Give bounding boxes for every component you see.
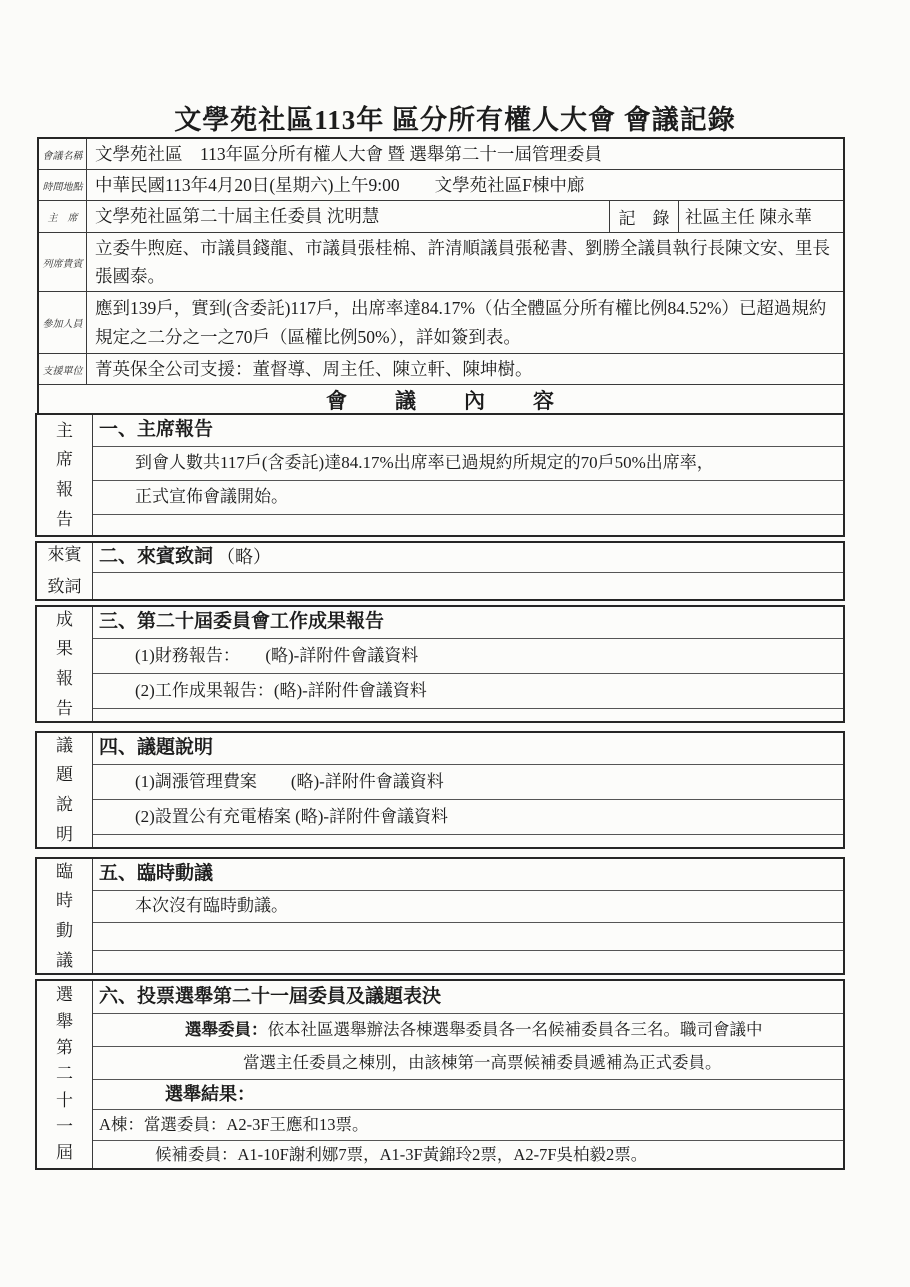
section-line-empty: [93, 515, 843, 535]
section-side-label: 議題說明: [37, 733, 93, 847]
meta-value: 文學苑社區 113年區分所有權人大會 暨 選舉第二十一屆管理委員: [87, 139, 843, 169]
section-agenda-explanation: 議題說明 四、議題說明 (1)調漲管理費案 (略)-詳附件會議資料 (2)設置公…: [35, 731, 845, 849]
recorder-value: 社區主任 陳永華: [679, 201, 843, 232]
meta-value: 菁英保全公司支援：董督導、周主任、陳立軒、陳坤樹。: [87, 354, 843, 384]
recorder-label: 記 錄: [609, 201, 679, 232]
section-election: 選舉第二十一屆 六、投票選舉第二十一屆委員及議題表決 選舉委員： 依本社區選舉辦…: [35, 979, 845, 1170]
line-bold-prefix: 選舉委員：: [185, 1019, 268, 1040]
section-side-label: 成果報告: [37, 607, 93, 721]
section-side-label: 臨時動議: [37, 859, 93, 973]
section-line: 正式宣佈會議開始。: [93, 481, 843, 515]
meta-row-participants: 參加人員 應到139戶，實到(含委託)117戶，出席率達84.17%（佔全體區分…: [39, 292, 843, 354]
section-line: (1)調漲管理費案 (略)-詳附件會議資料: [93, 765, 843, 800]
section-line-empty: [93, 835, 843, 847]
line-text: 依本社區選舉辦法各棟選舉委員各一名候補委員各三名。職司會議中: [268, 1019, 763, 1040]
section-heading: 四、議題說明: [93, 733, 843, 765]
section-extempore-motions: 臨時動議 五、臨時動議 本次沒有臨時動議。: [35, 857, 845, 975]
meta-label: 支援單位: [39, 354, 87, 384]
section-rows: 五、臨時動議 本次沒有臨時動議。: [93, 859, 843, 973]
section-heading: 二、來賓致詞 （略）: [93, 543, 843, 573]
section-heading: 三、第二十屆委員會工作成果報告: [93, 607, 843, 639]
section-line-empty: [93, 951, 843, 973]
meta-row-time-place: 時間地點 中華民國113年4月20日(星期六)上午9:00 文學苑社區F棟中廊: [39, 170, 843, 201]
section-rows: 三、第二十屆委員會工作成果報告 (1)財務報告： (略)-詳附件會議資料 (2)…: [93, 607, 843, 721]
section-line: (2)設置公有充電樁案 (略)-詳附件會議資料: [93, 800, 843, 835]
meta-row-chairman: 主 席 文學苑社區第二十屆主任委員 沈明慧 記 錄 社區主任 陳永華: [39, 201, 843, 233]
section-heading: 五、臨時動議: [93, 859, 843, 891]
section-line: 本次沒有臨時動議。: [93, 891, 843, 923]
section-line: 當選主任委員之棟別，由該棟第一高票候補委員遞補為正式委員。: [93, 1047, 843, 1080]
section-line: A棟：當選委員：A2-3F王應和13票。: [93, 1110, 843, 1141]
section-line-empty: [93, 709, 843, 721]
meta-row-meeting-name: 會議名稱 文學苑社區 113年區分所有權人大會 暨 選舉第二十一屆管理委員: [39, 139, 843, 170]
meeting-content-banner: 會 議 內 容: [39, 385, 843, 414]
section-subheading: 選舉結果：: [93, 1080, 843, 1110]
section-guest-speeches: 來賓致詞 二、來賓致詞 （略）: [35, 541, 845, 601]
section-heading: 一、主席報告: [93, 415, 843, 447]
section-line: (2)工作成果報告：(略)-詳附件會議資料: [93, 674, 843, 709]
section-side-label: 主席報告: [37, 415, 93, 535]
section-line-empty: [93, 923, 843, 951]
section-rows: 四、議題說明 (1)調漲管理費案 (略)-詳附件會議資料 (2)設置公有充電樁案…: [93, 733, 843, 847]
meta-value: 中華民國113年4月20日(星期六)上午9:00 文學苑社區F棟中廊: [87, 170, 843, 200]
meta-label: 主 席: [39, 201, 87, 232]
section-line: 到會人數共117戶(含委託)達84.17%出席率已過規約所規定的70戶50%出席…: [93, 447, 843, 481]
meta-row-support-unit: 支援單位 菁英保全公司支援：董督導、周主任、陳立軒、陳坤樹。: [39, 354, 843, 385]
meta-value: 立委牛煦庭、市議員錢龍、市議員張桂棉、許清順議員張秘書、劉勝全議員執行長陳文安、…: [87, 233, 843, 291]
heading-suffix: （略）: [217, 546, 271, 569]
section-line-empty: [93, 573, 843, 599]
section-chairman-report: 主席報告 一、主席報告 到會人數共117戶(含委託)達84.17%出席率已過規約…: [35, 413, 845, 537]
scanned-meeting-minutes-page: 文學苑社區113年 區分所有權人大會 會議記錄 會議名稱 文學苑社區 113年區…: [0, 0, 910, 1287]
section-line: 選舉委員： 依本社區選舉辦法各棟選舉委員各一名候補委員各三名。職司會議中: [93, 1014, 843, 1047]
page-title: 文學苑社區113年 區分所有權人大會 會議記錄: [0, 98, 910, 137]
section-heading: 六、投票選舉第二十一屆委員及議題表決: [93, 981, 843, 1014]
meta-value: 文學苑社區第二十屆主任委員 沈明慧: [87, 201, 609, 232]
meta-value: 應到139戶，實到(含委託)117戶，出席率達84.17%（佔全體區分所有權比例…: [87, 292, 843, 353]
meta-row-guests: 列席貴賓 立委牛煦庭、市議員錢龍、市議員張桂棉、許清順議員張秘書、劉勝全議員執行…: [39, 233, 843, 292]
section-side-label: 選舉第二十一屆: [37, 981, 93, 1168]
section-rows: 一、主席報告 到會人數共117戶(含委託)達84.17%出席率已過規約所規定的7…: [93, 415, 843, 535]
meta-label: 時間地點: [39, 170, 87, 200]
meta-label: 列席貴賓: [39, 233, 87, 291]
section-results-report: 成果報告 三、第二十屆委員會工作成果報告 (1)財務報告： (略)-詳附件會議資…: [35, 605, 845, 723]
section-line: (1)財務報告： (略)-詳附件會議資料: [93, 639, 843, 674]
section-side-label: 來賓致詞: [37, 543, 93, 599]
heading-text: 二、來賓致詞: [99, 545, 213, 570]
meta-label: 參加人員: [39, 292, 87, 353]
meta-label: 會議名稱: [39, 139, 87, 169]
section-line: 候補委員：A1-10F謝利娜7票，A1-3F黃錦玲2票，A2-7F吳柏毅2票。: [93, 1141, 843, 1168]
section-rows: 六、投票選舉第二十一屆委員及議題表決 選舉委員： 依本社區選舉辦法各棟選舉委員各…: [93, 981, 843, 1168]
section-rows: 二、來賓致詞 （略）: [93, 543, 843, 599]
meta-table: 會議名稱 文學苑社區 113年區分所有權人大會 暨 選舉第二十一屆管理委員 時間…: [37, 137, 845, 416]
